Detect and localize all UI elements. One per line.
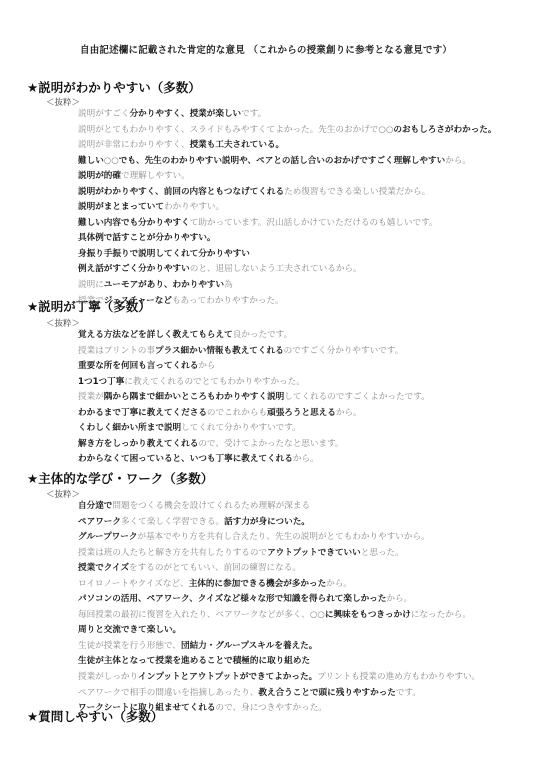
comment-text: から。 <box>336 408 362 418</box>
comment-line: 説明が的確で理解しやすい。 <box>78 169 497 185</box>
comment-text: もあってわかりやすかった。 <box>172 296 284 306</box>
comment-list: 覚える方法などを詳しく教えてもらえて良かったです。授業はプリントの事プラス細かい… <box>78 328 430 468</box>
comment-line: 覚える方法などを詳しく教えてもらえて良かったです。 <box>78 328 430 344</box>
emphasis-text: パソコンの活用、ペアワーク、クイズなど様々な形で知識を得られて楽しかった <box>78 594 386 604</box>
comment-text: が基本でやり方を共有し合えたり、先生の説明がとてもわかりやすいから。 <box>137 532 429 542</box>
comment-line: 生徒が授業を行う形態で、団結力・グループスキルを養えた。 <box>78 639 480 655</box>
comment-text: から。 <box>445 156 471 166</box>
emphasis-text: 例え話がすごく分かりやすい <box>78 264 190 274</box>
comment-line: 重要な所を何回も言ってくれるから <box>78 359 430 375</box>
emphasis-text: 難しい <box>78 156 104 166</box>
emphasis-text: のおもしろさがわかった。 <box>393 125 496 135</box>
comment-text: 説明に <box>78 280 104 290</box>
comment-line: 身振り手振りで説明してくれて分かりやすい <box>78 247 497 263</box>
comment-text: 為 <box>224 280 233 290</box>
comment-text: 説明がとてもわかりやすく、スライドもみやすくてよかった。先生のおかげで○○ <box>78 125 393 135</box>
comment-text: と思った。 <box>361 548 404 558</box>
comment-line: 説明が非常にわかりやすく、授業も工夫されている。 <box>78 138 497 154</box>
comment-line: 周りと交流できて楽しい。 <box>78 623 480 639</box>
comment-text: で理解しやすい。 <box>121 171 190 181</box>
emphasis-text: アウトプットできていい <box>267 548 361 558</box>
emphasis-text: 1つ1つ丁寧 <box>78 377 124 387</box>
emphasis-text: わかるまで丁寧に教えてくださる <box>78 408 207 418</box>
emphasis-text: くわしく細かい所まで説明 <box>78 423 181 433</box>
excerpt-label: ＜抜粋＞ <box>46 488 80 500</box>
comment-text: のでこれからも <box>207 408 267 418</box>
emphasis-text: インプットとアウトプットができてよかった。 <box>138 672 317 682</box>
comment-text: になったから。 <box>411 610 471 620</box>
emphasis-text: わからなくて困っていると、いつも丁寧に教えてくれる <box>78 454 293 464</box>
emphasis-text: 周りと交流できて楽しい。 <box>78 625 181 635</box>
emphasis-text: 難しい内容でも分かりやすく <box>78 218 190 228</box>
comment-line: パソコンの活用、ペアワーク、クイズなど様々な形で知識を得られて楽しかったから。 <box>78 592 480 608</box>
comment-text: 問題をつくる機会を設けてくれるため理解が深まる <box>112 501 310 511</box>
excerpt-label: ＜抜粋＞ <box>46 96 80 108</box>
comment-text: をするのがとてもいい、前回の練習になる。 <box>129 563 301 573</box>
comment-line: 解き方をしっかり教えてくれるので、受けてよかったなと思います。 <box>78 437 430 453</box>
emphasis-text: 説明がわかりやすく、前回の内容ともつなげてくれる <box>78 187 284 197</box>
emphasis-text: 教え合うことで頭に残りやすかった <box>258 688 396 698</box>
emphasis-text: 団結力・グループスキルを養えた。 <box>181 641 317 651</box>
comment-text: 授業がしっかり <box>78 672 138 682</box>
emphasis-text: プラス細かい情報も教えてくれる <box>155 346 284 356</box>
comment-text: ○○ <box>104 156 119 166</box>
comment-text: プリントも授業の進め方もわかりやすい。 <box>317 672 480 682</box>
comment-text: です。 <box>396 688 421 698</box>
comment-line: 難しい○○でも、先生のわかりやすい説明や、ペアとの話し合いのおかげですごく理解し… <box>78 154 497 170</box>
comment-text: です。 <box>241 109 266 119</box>
comment-text: わかりやすい。 <box>164 202 224 212</box>
comment-text: から。 <box>386 594 412 604</box>
comment-line: 授業が隅から隅まで細かいところもわかりやすく説明してくれるのですごくよかったです… <box>78 390 430 406</box>
emphasis-text: 話す力が身についた。 <box>224 517 310 527</box>
comment-text: 説明が非常にわかりやすく、 <box>78 140 190 150</box>
emphasis-text: 授業でクイズ <box>78 563 129 573</box>
emphasis-text: 授業も工夫されている。 <box>190 140 285 150</box>
emphasis-text: 隅から隅まで細かいところもわかりやすく説明 <box>104 392 284 402</box>
comment-text: 授業が <box>78 392 104 402</box>
comment-line: 生徒が主体となって授業を進めることで積極的に取り組めた <box>78 654 480 670</box>
comment-line: わかるまで丁寧に教えてくださるのでこれからも頑張ろうと思えるから。 <box>78 406 430 422</box>
comment-list: 自分達で問題をつくる機会を設けてくれるため理解が深まるペアワーク多くて楽しく学習… <box>78 499 480 717</box>
comment-text: から <box>198 361 215 371</box>
section-heading: ★説明が丁寧（多数） <box>27 297 151 315</box>
comment-line: 説明がすごく分かりやすく、授業が楽しいです。 <box>78 107 497 123</box>
emphasis-text: 覚える方法などを詳しく教えてもらえて <box>78 330 233 340</box>
comment-text: ため復習もできる楽しい授業だから。 <box>284 187 430 197</box>
emphasis-text: グループワーク <box>78 532 137 542</box>
emphasis-text: 頑張ろうと思える <box>267 408 336 418</box>
comment-text: 授業は班の人たちと解き方を共有したりするので <box>78 548 267 558</box>
emphasis-text: 生徒が主体となって授業を進めることで積極的に取り組めた <box>78 656 310 666</box>
emphasis-text: 説明が的確 <box>78 171 121 181</box>
comment-line: 授業がしっかりインプットとアウトプットができてよかった。プリントも授業の進め方も… <box>78 670 480 686</box>
comment-line: 説明がわかりやすく、前回の内容ともつなげてくれるため復習もできる楽しい授業だから… <box>78 185 497 201</box>
emphasis-text: ユーモアがあり、わかりやすい <box>104 280 224 290</box>
comment-text: 説明がすごく <box>78 109 130 119</box>
comment-text: 授業はプリントの事 <box>78 346 155 356</box>
comment-text: 毎回授業の最初に復習を入れたり、ペアワークなどが多く、○○ <box>78 610 325 620</box>
comment-line: 例え話がすごく分かりやすいのと、退屈しないよう工夫されているから。 <box>78 262 497 278</box>
comment-text: 生徒が授業を行う形態で、 <box>78 641 181 651</box>
comment-line: グループワークが基本でやり方を共有し合えたり、先生の説明がとてもわかりやすいから… <box>78 530 480 546</box>
emphasis-text: ペアワーク <box>78 517 121 527</box>
comment-text: してくれて分かりやすいです。 <box>181 423 301 433</box>
section-heading: ★主体的な学び・ワーク（多数） <box>27 469 213 487</box>
emphasis-text: 重要な所を何回も言ってくれる <box>78 361 198 371</box>
comment-text: のと、退屈しないよう工夫されているから。 <box>190 264 362 274</box>
comment-list: 説明がすごく分かりやすく、授業が楽しいです。説明がとてもわかりやすく、スライドも… <box>78 107 497 309</box>
emphasis-text: 自分達で <box>78 501 112 511</box>
comment-line: くわしく細かい所まで説明してくれて分かりやすいです。 <box>78 421 430 437</box>
comment-text: ので、受けてよかったなと思います。 <box>198 439 343 449</box>
comment-line: 説明にユーモアがあり、わかりやすい為 <box>78 278 497 294</box>
comment-text: 良かったです。 <box>233 330 292 340</box>
section-heading: ★質問しやすい（多数） <box>27 707 163 725</box>
comment-line: 具体例で話すことが分かりやすい。 <box>78 231 497 247</box>
emphasis-text: 分かりやすく、授業が楽しい <box>130 109 242 119</box>
comment-line: 1つ1つ丁寧に教えてくれるのでとてもわかりやすかった。 <box>78 375 430 391</box>
excerpt-label: ＜抜粋＞ <box>46 317 80 329</box>
emphasis-text: 具体例で話すことが分かりやすい。 <box>78 233 216 243</box>
comment-text: ロイロノートやクイズなど、 <box>78 579 189 589</box>
comment-line: 授業はプリントの事プラス細かい情報も教えてくれるのですごく分かりやすいです。 <box>78 344 430 360</box>
comment-text: から。 <box>326 579 352 589</box>
comment-line: 難しい内容でも分かりやすくて助かっています。沢山話しかけていただけるのも嬉しいで… <box>78 216 497 232</box>
comment-line: ロイロノートやクイズなど、主体的に参加できる機会が多かったから。 <box>78 577 480 593</box>
comment-text: て助かっています。沢山話しかけていただけるのも嬉しいです。 <box>190 218 438 228</box>
comment-text: ペアワークで相手の間違いを指摘しあったり、 <box>78 688 258 698</box>
comment-text: 多くて楽しく学習できる。 <box>121 517 224 527</box>
emphasis-text: 身振り手振りで説明してくれて分かりやすい <box>78 249 250 259</box>
comment-text: のですごく分かりやすいです。 <box>284 346 404 356</box>
comment-line: 毎回授業の最初に復習を入れたり、ペアワークなどが多く、○○に興味をもつきっかけに… <box>78 608 480 624</box>
comment-line: ペアワーク多くて楽しく学習できる。話す力が身についた。 <box>78 515 480 531</box>
emphasis-text: に興味をもつきっかけ <box>325 610 411 620</box>
comment-text: してくれるのですごくよかったです。 <box>284 392 429 402</box>
comment-line: 説明がまとまっていてわかりやすい。 <box>78 200 497 216</box>
emphasis-text: 説明がまとまっていて <box>78 202 164 212</box>
comment-line: 自分達で問題をつくる機会を設けてくれるため理解が深まる <box>78 499 480 515</box>
comment-line: わからなくて困っていると、いつも丁寧に教えてくれるから。 <box>78 452 430 468</box>
section-heading: ★説明がわかりやすい（多数） <box>27 78 201 96</box>
comment-line: 授業でクイズをするのがとてもいい、前回の練習になる。 <box>78 561 480 577</box>
comment-line: 説明がとてもわかりやすく、スライドもみやすくてよかった。先生のおかげで○○のおも… <box>78 123 497 139</box>
comment-text: から。 <box>293 454 319 464</box>
page-title: 自由記述欄に記載された肯定的な意見 （これからの授業創りに参考となる意見です） <box>80 42 452 56</box>
comment-text: ので、身につきやすかった。 <box>216 703 327 713</box>
emphasis-text: 主体的に参加できる機会が多かった <box>189 579 327 589</box>
comment-text: に教えてくれるのでとてもわかりやすかった。 <box>124 377 304 387</box>
comment-line: ペアワークで相手の間違いを指摘しあったり、教え合うことで頭に残りやすかったです。 <box>78 686 480 702</box>
emphasis-text: 解き方をしっかり教えてくれる <box>78 439 198 449</box>
emphasis-text: でも、先生のわかりやすい説明や、ペアとの話し合いのおかげですごく理解しやすい <box>119 156 445 166</box>
comment-line: 授業は班の人たちと解き方を共有したりするのでアウトプットできていいと思った。 <box>78 546 480 562</box>
